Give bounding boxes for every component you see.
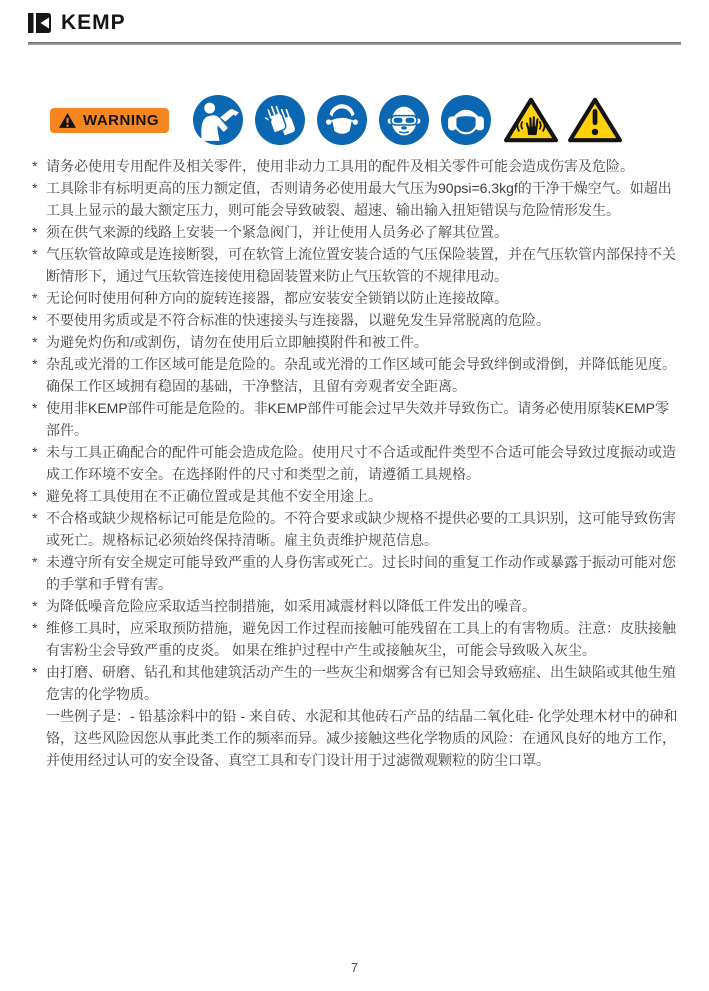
bullet-text: 未与工具正确配合的配件可能会造成危险。使用尺寸不合适或配件类型不合适可能会导致过…	[46, 441, 683, 485]
safety-bullet: *维修工具时，应采取预防措施，避免因工作过程而接触可能残留在工具上的有害物质。注…	[32, 617, 683, 661]
safety-bullet: *为降低噪音危险应采取适当控制措施，如采用减震材料以降低工件发出的噪音。	[32, 595, 683, 617]
bullet-marker: *	[32, 353, 46, 397]
header-divider	[28, 42, 681, 45]
wear-gloves-icon	[255, 95, 305, 145]
safety-bullet: *无论何时使用何种方向的旋转连接器，都应安装安全锁销以防止连接故障。	[32, 287, 683, 309]
manual-page: KEMP WARNING	[0, 0, 709, 991]
bullet-text: 请务必使用专用配件及相关零件，使用非动力工具用的配件及相关零件可能会造成伤害及危…	[46, 155, 683, 177]
safety-bullet: *请务必使用专用配件及相关零件，使用非动力工具用的配件及相关零件可能会造成伤害及…	[32, 155, 683, 177]
bullet-text: 未遵守所有安全规定可能导致严重的人身伤害或死亡。过长时间的重复工作动作或暴露于振…	[46, 551, 683, 595]
safety-bullet: *不合格或缺少规格标记可能是危险的。不符合要求或缺少规格不提供必要的工具识别，这…	[32, 507, 683, 551]
wear-eye-protection-icon	[379, 95, 429, 145]
bullet-marker: *	[32, 243, 46, 287]
safety-bullet: *未与工具正确配合的配件可能会造成危险。使用尺寸不合适或配件类型不合适可能会导致…	[32, 441, 683, 485]
page-header: KEMP	[0, 0, 709, 35]
bullet-text: 无论何时使用何种方向的旋转连接器，都应安装安全锁销以防止连接故障。	[46, 287, 683, 309]
page-number: 7	[0, 961, 709, 975]
safety-bullet: *须在供气来源的线路上安装一个紧急阀门，并让使用人员务必了解其位置。	[32, 221, 683, 243]
safety-bullet: *气压软管故障或是连接断裂，可在软管上流位置安装合适的气压保险装置，并在气压软管…	[32, 243, 683, 287]
bullet-marker: *	[32, 661, 46, 771]
safety-text-block: *请务必使用专用配件及相关零件，使用非动力工具用的配件及相关零件可能会造成伤害及…	[32, 155, 683, 771]
safety-bullet: *未遵守所有安全规定可能导致严重的人身伤害或死亡。过长时间的重复工作动作或暴露于…	[32, 551, 683, 595]
bullet-marker: *	[32, 155, 46, 177]
bullet-extra-paragraph: 一些例子是：- 铅基涂料中的铅 - 来自砖、水泥和其他砖石产品的结晶二氧化硅- …	[46, 705, 683, 771]
bullet-text: 不合格或缺少规格标记可能是危险的。不符合要求或缺少规格不提供必要的工具识别，这可…	[46, 507, 683, 551]
bullet-text: 须在供气来源的线路上安装一个紧急阀门，并让使用人员务必了解其位置。	[46, 221, 683, 243]
bullet-text: 气压软管故障或是连接断裂，可在软管上流位置安装合适的气压保险装置，并在气压软管内…	[46, 243, 683, 287]
bullet-marker: *	[32, 287, 46, 309]
bullet-marker: *	[32, 595, 46, 617]
bullet-text: 为避免灼伤和/或割伤，请勿在使用后立即触摸附件和被工件。	[46, 331, 683, 353]
bullet-marker: *	[32, 551, 46, 595]
wear-face-mask-icon	[317, 95, 367, 145]
general-warning-icon	[567, 95, 623, 145]
bullet-marker: *	[32, 397, 46, 441]
safety-bullet: * 由打磨、研磨、钻孔和其他建筑活动产生的一些灰尘和烟雾含有已知会导致癌症、出生…	[32, 661, 683, 771]
bullet-text: 工具除非有标明更高的压力额定值，否则请务必使用最大气压为90psi=6.3kgf…	[46, 177, 683, 221]
wear-ear-protection-icon	[441, 95, 491, 145]
safety-bullet: *工具除非有标明更高的压力额定值，否则请务必使用最大气压为90psi=6.3kg…	[32, 177, 683, 221]
bullet-marker: *	[32, 177, 46, 221]
safety-bullet: *避免将工具使用在不正确位置或是其他不安全用途上。	[32, 485, 683, 507]
vibration-hazard-icon	[503, 95, 559, 145]
bullet-text: 为降低噪音危险应采取适当控制措施，如采用减震材料以降低工件发出的噪音。	[46, 595, 683, 617]
bullet-text-group: 由打磨、研磨、钻孔和其他建筑活动产生的一些灰尘和烟雾含有已知会导致癌症、出生缺陷…	[46, 661, 683, 771]
bullet-text: 维修工具时，应采取预防措施，避免因工作过程而接触可能残留在工具上的有害物质。注意…	[46, 617, 683, 661]
warning-triangle-icon	[58, 112, 77, 129]
warning-badge-label: WARNING	[83, 112, 159, 129]
bullet-text: 由打磨、研磨、钻孔和其他建筑活动产生的一些灰尘和烟雾含有已知会导致癌症、出生缺陷…	[46, 664, 676, 702]
safety-bullet: *不要使用劣质或是不符合标准的快速接头与连接器，以避免发生异常脱离的危险。	[32, 309, 683, 331]
warning-icon-row: WARNING	[50, 95, 709, 145]
kemp-logo-icon	[28, 12, 54, 34]
bullet-marker: *	[32, 331, 46, 353]
brand-name: KEMP	[61, 11, 126, 35]
safety-bullet: *使用非KEMP部件可能是危险的。非KEMP部件可能会过早失效并导致伤亡。请务必…	[32, 397, 683, 441]
bullet-marker: *	[32, 441, 46, 485]
bullet-marker: *	[32, 221, 46, 243]
bullet-text: 不要使用劣质或是不符合标准的快速接头与连接器，以避免发生异常脱离的危险。	[46, 309, 683, 331]
bullet-text: 避免将工具使用在不正确位置或是其他不安全用途上。	[46, 485, 683, 507]
bullet-marker: *	[32, 617, 46, 661]
read-manual-icon	[193, 95, 243, 145]
bullet-marker: *	[32, 485, 46, 507]
bullet-marker: *	[32, 507, 46, 551]
safety-bullet: *杂乱或光滑的工作区域可能是危险的。杂乱或光滑的工作区域可能会导致绊倒或滑倒，并…	[32, 353, 683, 397]
warning-badge: WARNING	[50, 108, 169, 133]
bullet-marker: *	[32, 309, 46, 331]
bullet-text: 使用非KEMP部件可能是危险的。非KEMP部件可能会过早失效并导致伤亡。请务必使…	[46, 397, 683, 441]
safety-bullet: *为避免灼伤和/或割伤，请勿在使用后立即触摸附件和被工件。	[32, 331, 683, 353]
bullet-text: 杂乱或光滑的工作区域可能是危险的。杂乱或光滑的工作区域可能会导致绊倒或滑倒，并降…	[46, 353, 683, 397]
